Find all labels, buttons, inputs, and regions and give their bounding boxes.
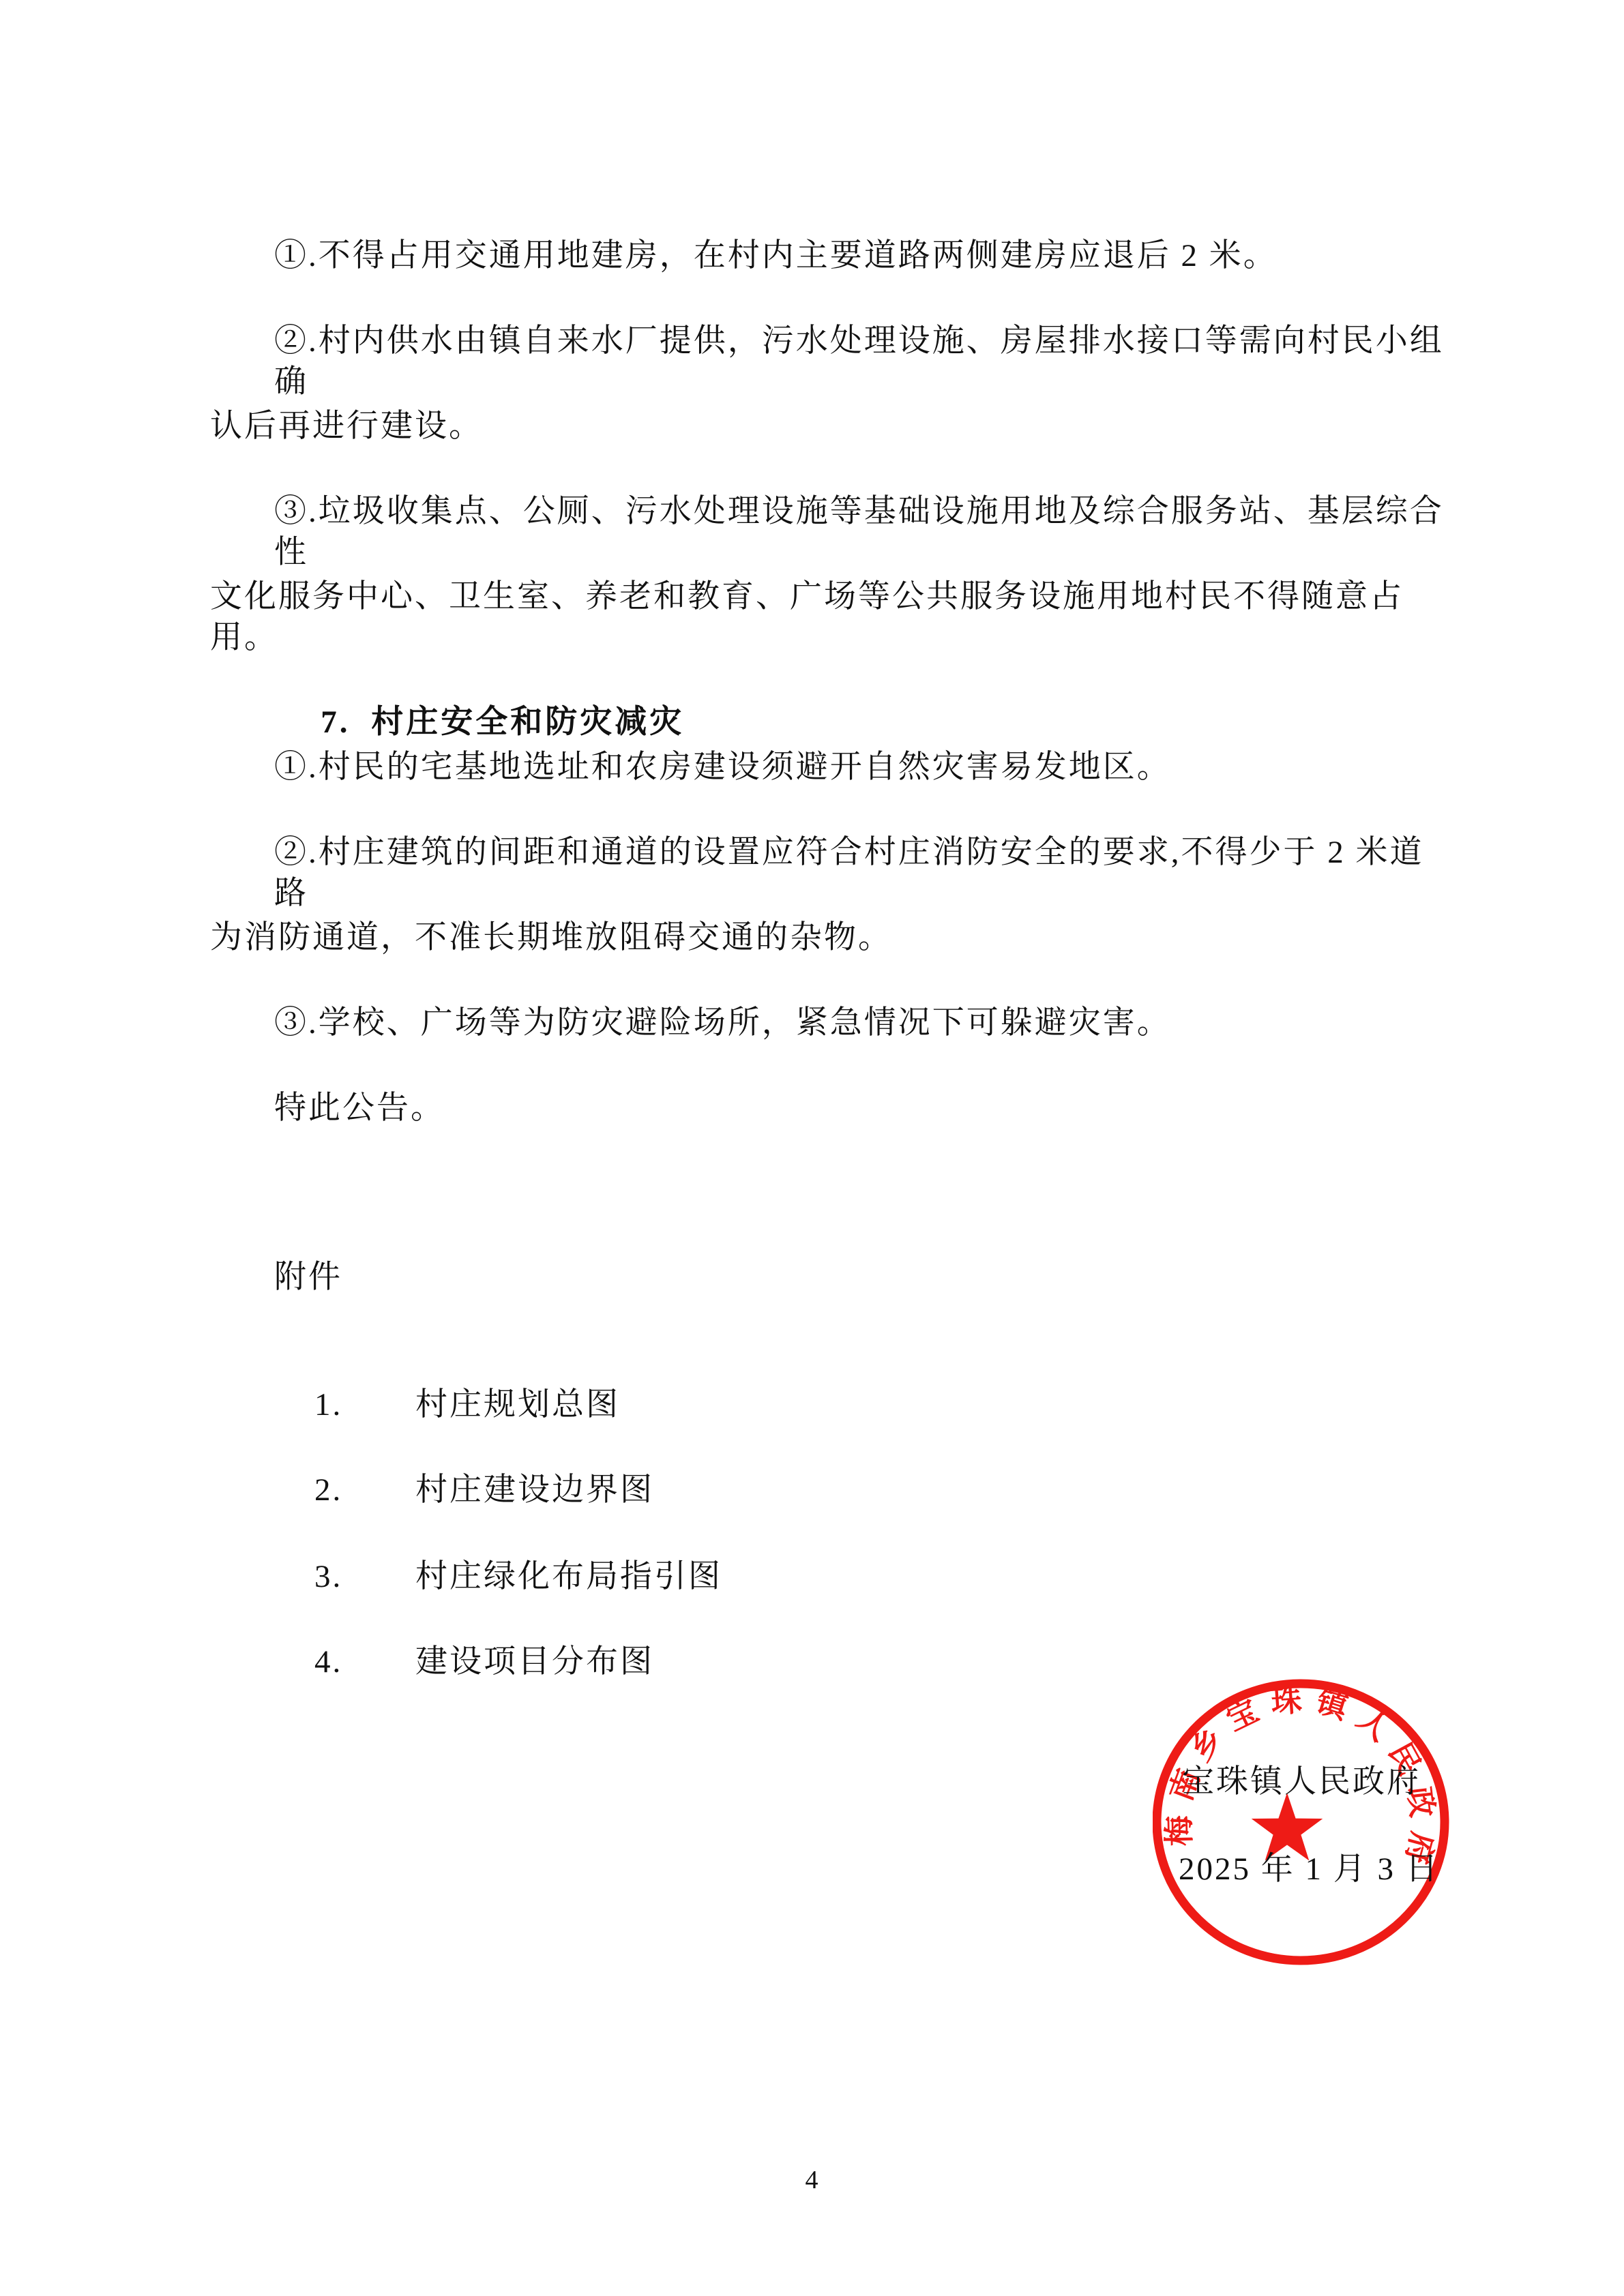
attachment-number: 4. (314, 1641, 415, 1682)
attachment-label: 村庄规划总图 (415, 1387, 620, 1422)
body-line: 文化服务中心、卫生室、养老和教育、广场等公共服务设施用地村民不得随意占用。 (210, 576, 1445, 658)
body-line: 为消防通道，不准长期堆放阻碍交通的杂物。 (210, 917, 1445, 958)
signature-issuer: 宝珠镇人民政府 (1182, 1762, 1421, 1802)
signature-date: 2025 年 1 月 3 日 (1179, 1849, 1440, 1889)
section-number: 7. (321, 702, 371, 743)
body-line: ①.不得占用交通用地建房，在村内主要道路两侧建房应退后 2 米。 (274, 235, 1445, 276)
body-line: 特此公告。 (274, 1088, 1445, 1129)
body-line: ②.村庄建筑的间距和通道的设置应符合村庄消防安全的要求,不得少于 2 米道路 (274, 832, 1445, 914)
section-title: 村庄安全和防灾减灾 (371, 703, 684, 739)
attachment-label: 村庄绿化布局指引图 (415, 1559, 722, 1594)
attachment-number: 2. (314, 1470, 415, 1510)
attachment-label: 建设项目分布图 (415, 1644, 654, 1680)
body-line: ③.垃圾收集点、公厕、污水处理设施等基础设施用地及综合服务站、基层综合性 (274, 491, 1445, 573)
attachment-number: 1. (314, 1384, 415, 1425)
body-line: ①.村民的宅基地选址和农房建设须避开自然灾害易发地区。 (274, 747, 1445, 788)
page-number: 4 (0, 2165, 1624, 2195)
document-page: ①.不得占用交通用地建房，在村内主要道路两侧建房应退后 2 米。 ②.村内供水由… (0, 0, 1624, 2296)
body-line: ③.学校、广场等为防灾避险场所，紧急情况下可躲避灾害。 (274, 1002, 1445, 1043)
body-line: 认后再进行建设。 (210, 406, 1445, 447)
attachments-label: 附件 (274, 1257, 1445, 1298)
official-seal: 梅南乡宝珠镇人民政府 (1153, 1679, 1453, 1972)
attachment-label: 村庄建设边界图 (415, 1472, 654, 1508)
attachment-number: 3. (314, 1556, 415, 1597)
body-line: ②.村内供水由镇自来水厂提供，污水处理设施、房屋排水接口等需向村民小组确 (274, 320, 1445, 402)
